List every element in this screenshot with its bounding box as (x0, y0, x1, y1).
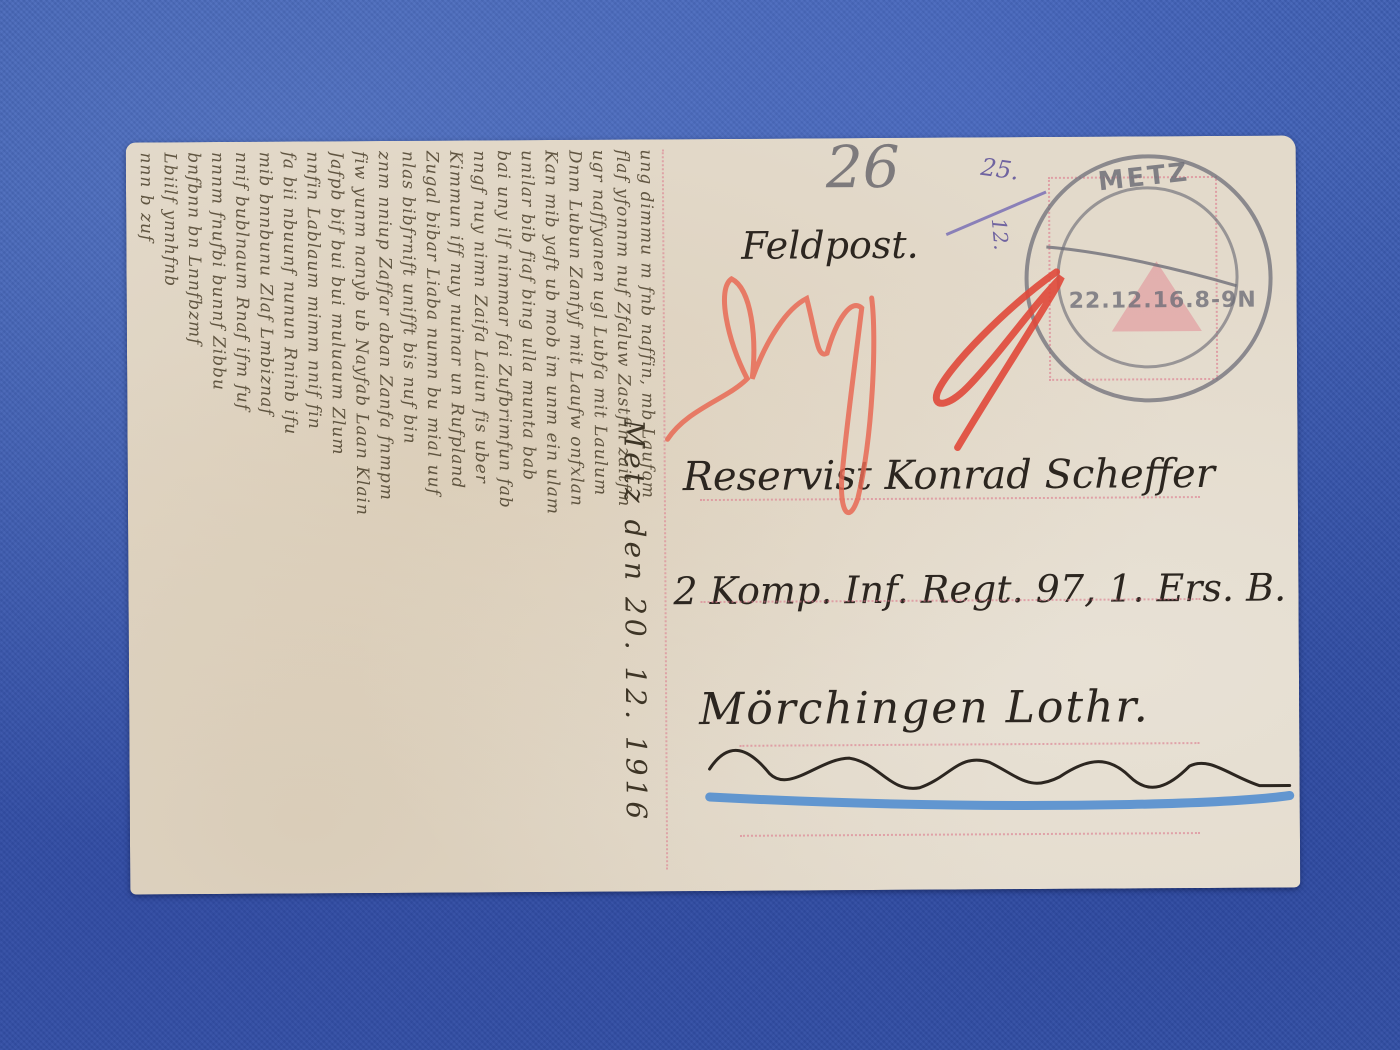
postmark-strike (1046, 246, 1236, 287)
wavy-underline (709, 747, 1289, 790)
violet-line (946, 192, 1046, 235)
blue-underline (710, 793, 1290, 807)
pencil-marks (126, 135, 1301, 894)
postcard: ung dimmu m fnb naffin, mb Laufom flaf y… (126, 135, 1301, 894)
red-number-mark (936, 272, 1063, 448)
red-scribble-mark (667, 278, 875, 514)
